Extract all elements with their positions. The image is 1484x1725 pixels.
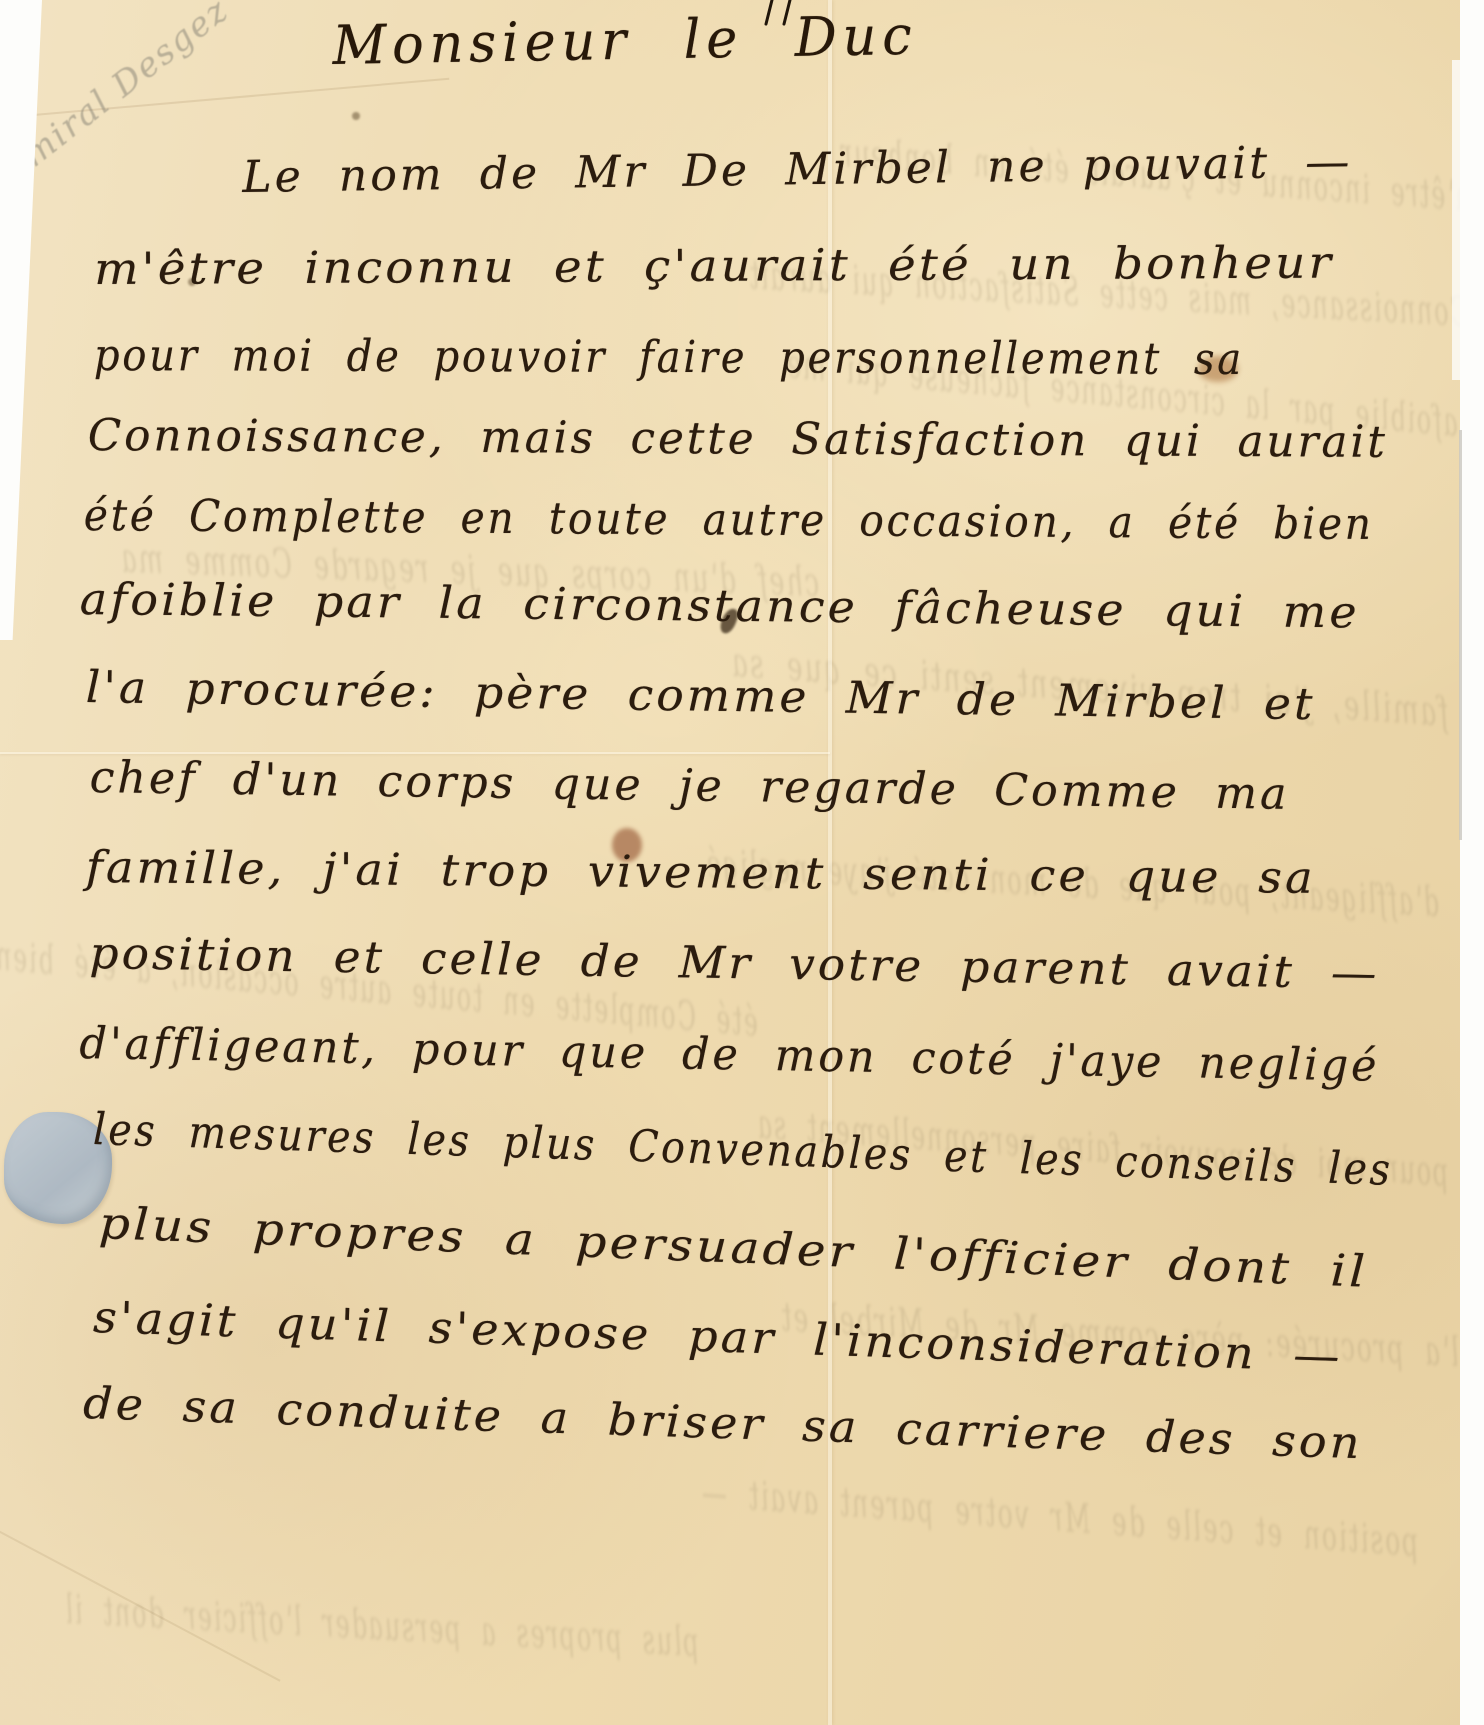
paper-edge-shadow (1459, 430, 1462, 840)
letter-line: famille, j'ai trop vivement senti ce que… (86, 842, 1316, 904)
letter-line: été Complette en toute autre occasion, a… (84, 490, 1374, 550)
letter-line: pour moi de pouvoir faire personnellemen… (94, 330, 1244, 385)
letter-line: Connoissance, mais cette Satisfaction qu… (88, 410, 1388, 468)
scanned-letter-page: { "letter": { "salutation": "Monsieur le… (0, 0, 1484, 1725)
scan-edge-right-notch (1452, 60, 1466, 380)
letter-line: m'être inconnu et ç'aurait été un bonheu… (94, 238, 1334, 295)
paper-speck (352, 112, 360, 120)
letter-salutation: Monsieur le Duc (332, 4, 918, 77)
